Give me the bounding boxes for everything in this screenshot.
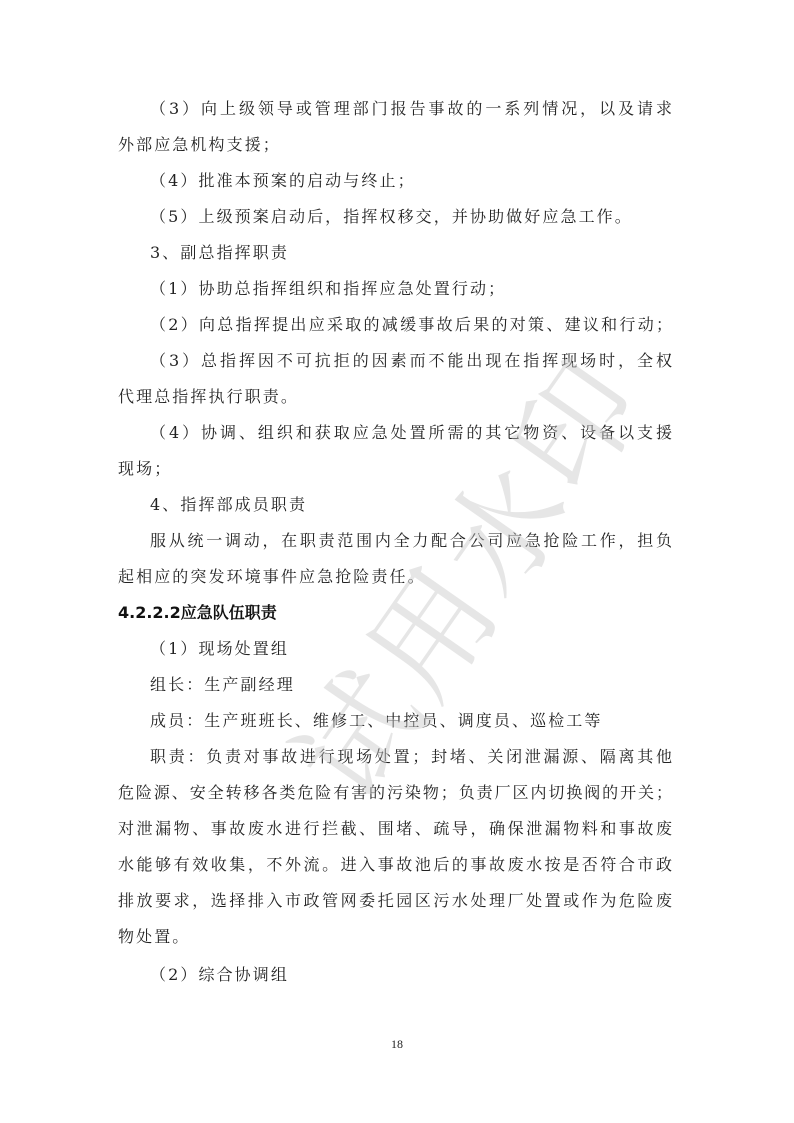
paragraph-line: 水能够有效收集，不外流。进入事故池后的事故废水按是否符合市政 (118, 855, 672, 875)
paragraph-line: 职责：负责对事故进行现场处置；封堵、关闭泄漏源、隔离其他 (150, 747, 672, 767)
paragraph-line: 代理总指挥执行职责。 (118, 387, 299, 407)
subsection-title: （2）综合协调组 (150, 965, 289, 985)
paragraph-line: 外部应急机构支援； (118, 135, 281, 155)
paragraph-line: （5）上级预案启动后，指挥权移交，并协助做好应急工作。 (150, 207, 633, 227)
paragraph-line: （1）协助总指挥组织和指挥应急处置行动； (150, 279, 506, 299)
paragraph-line: 起相应的突发环境事件应急抢险责任。 (118, 567, 426, 587)
subsection-title: 3、副总指挥职责 (150, 243, 289, 263)
page-number: 18 (0, 1037, 794, 1052)
paragraph-line: （4）批准本预案的启动与终止； (150, 171, 416, 191)
subsection-title: 4、指挥部成员职责 (150, 495, 307, 515)
paragraph-line: 危险源、安全转移各类危险有害的污染物；负责厂区内切换阀的开关； (118, 783, 672, 803)
paragraph-line: 成员：生产班班长、维修工、中控员、调度员、巡检工等 (150, 711, 603, 731)
paragraph-line: 服从统一调动，在职责范围内全力配合公司应急抢险工作，担负 (150, 531, 672, 551)
paragraph-line: （4）协调、组织和获取应急处置所需的其它物资、设备以支援 (150, 423, 672, 443)
subsection-title: （1）现场处置组 (150, 639, 289, 659)
paragraph-line: 现场； (118, 459, 172, 479)
paragraph-line: 对泄漏物、事故废水进行拦截、围堵、疏导，确保泄漏物料和事故废 (118, 819, 672, 839)
paragraph-line: 物处置。 (118, 927, 190, 947)
paragraph-line: （3）向上级领导或管理部门报告事故的一系列情况，以及请求 (150, 99, 672, 119)
document-page: （3）向上级领导或管理部门报告事故的一系列情况，以及请求 外部应急机构支援； （… (0, 0, 794, 1123)
section-heading: 4.2.2.2应急队伍职责 (118, 603, 277, 623)
paragraph-line: 排放要求，选择排入市政管网委托园区污水处理厂处置或作为危险废 (118, 891, 672, 911)
paragraph-line: （3）总指挥因不可抗拒的因素而不能出现在指挥现场时，全权 (150, 351, 672, 371)
paragraph-line: （2）向总指挥提出应采取的减缓事故后果的对策、建议和行动； (150, 315, 672, 335)
paragraph-line: 组长：生产副经理 (150, 675, 295, 695)
